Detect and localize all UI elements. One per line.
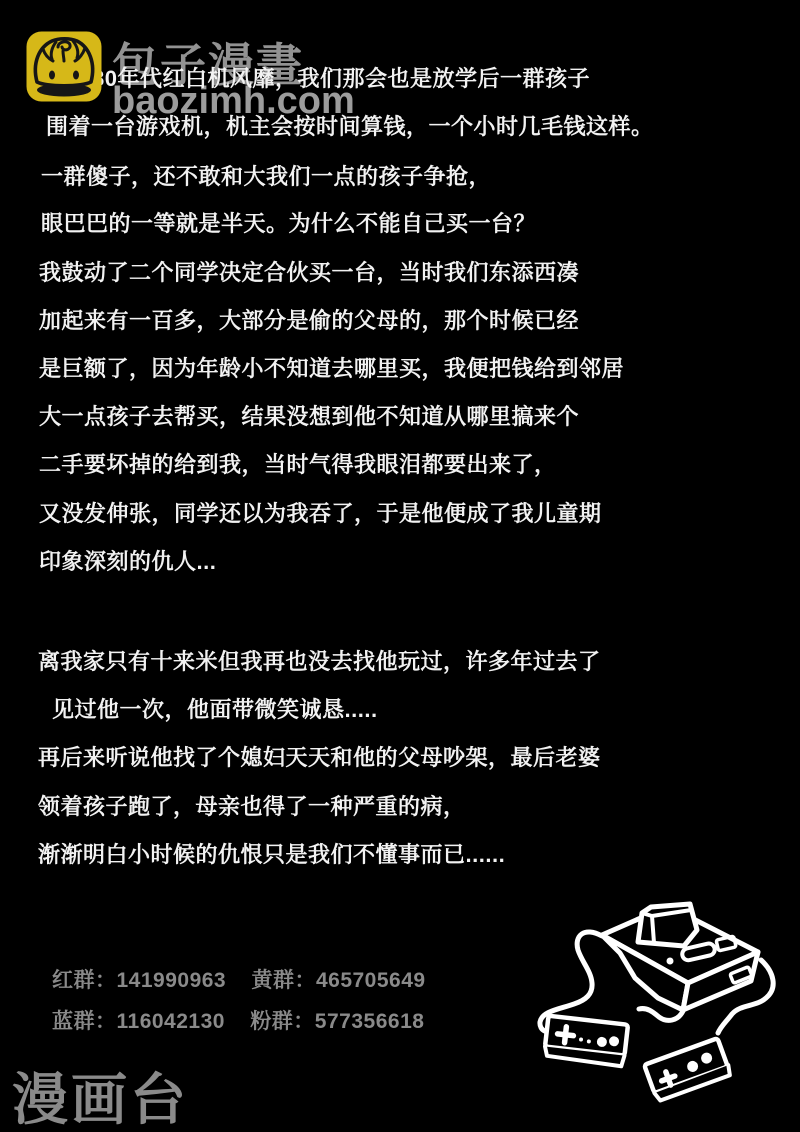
story-line: 眼巴巴的一等就是半天。为什么不能自己买一台？ (41, 207, 536, 238)
story-line: 二手要坏掉的给到我，当时气得我眼泪都要出来了， (39, 448, 557, 479)
story-line: 再后来听说他找了个媳妇天天和他的父母吵架，最后老婆 (38, 741, 601, 772)
story-line: 80年代红白机风靡，我们那会也是放学后一群孩子 (92, 62, 590, 93)
manhuatai-watermark: 漫画台 (12, 1056, 189, 1132)
qq-group-blue: 蓝群：116042130 (52, 1010, 225, 1033)
story-line: 渐渐明白小时候的仇恨只是我们不懂事而已...... (38, 838, 505, 869)
story-line: 印象深刻的仇人... (39, 545, 216, 576)
story-line: 加起来有一百多，大部分是偷的父母的，那个时候已经 (39, 304, 579, 335)
wire-squiggle (639, 1009, 683, 1021)
story-line: 见过他一次，他面带微笑诚恳..... (52, 693, 378, 724)
qq-group-pink: 粉群：577356618 (250, 1010, 424, 1033)
comic-story-page: 包子漫畫 baozimh.com 80年代红白机风靡，我们那会也是放学后一群孩子… (0, 0, 800, 1132)
story-line: 一群傻子，还不敢和大我们一点的孩子争抢， (41, 160, 491, 191)
qq-group-yellow: 黄群：465705649 (251, 969, 425, 992)
story-line: 大一点孩子去帮买，结果没想到他不知道从哪里搞来个 (39, 400, 579, 431)
game-console-sketch (520, 880, 800, 1130)
controller-left (544, 1016, 628, 1067)
console-button-dot (667, 958, 674, 965)
story-line: 领着孩子跑了，母亲也得了一种严重的病， (38, 790, 466, 821)
story-line: 又没发伸张，同学还以为我吞了，于是他便成了我儿童期 (39, 497, 602, 528)
story-line: 围着一台游戏机，机主会按时间算钱，一个小时几毛钱这样。 (46, 110, 654, 141)
qq-groups-row-2: 蓝群：116042130 粉群：577356618 (52, 1005, 443, 1035)
cartridge (638, 904, 697, 946)
story-line: 是巨额了，因为年龄小不知道去哪里买，我便把钱给到邻居 (39, 352, 624, 383)
story-line: 我鼓动了二个同学决定合伙买一台，当时我们东添西凑 (39, 256, 579, 287)
qq-groups-row-1: 红群：141990963 黄群：465705649 (52, 964, 445, 994)
qq-group-red: 红群：141990963 (52, 969, 226, 992)
baozi-bun-icon (25, 30, 103, 103)
controller-right (644, 1038, 732, 1102)
story-line: 离我家只有十来米但我再也没去找他玩过，许多年过去了 (38, 645, 601, 676)
